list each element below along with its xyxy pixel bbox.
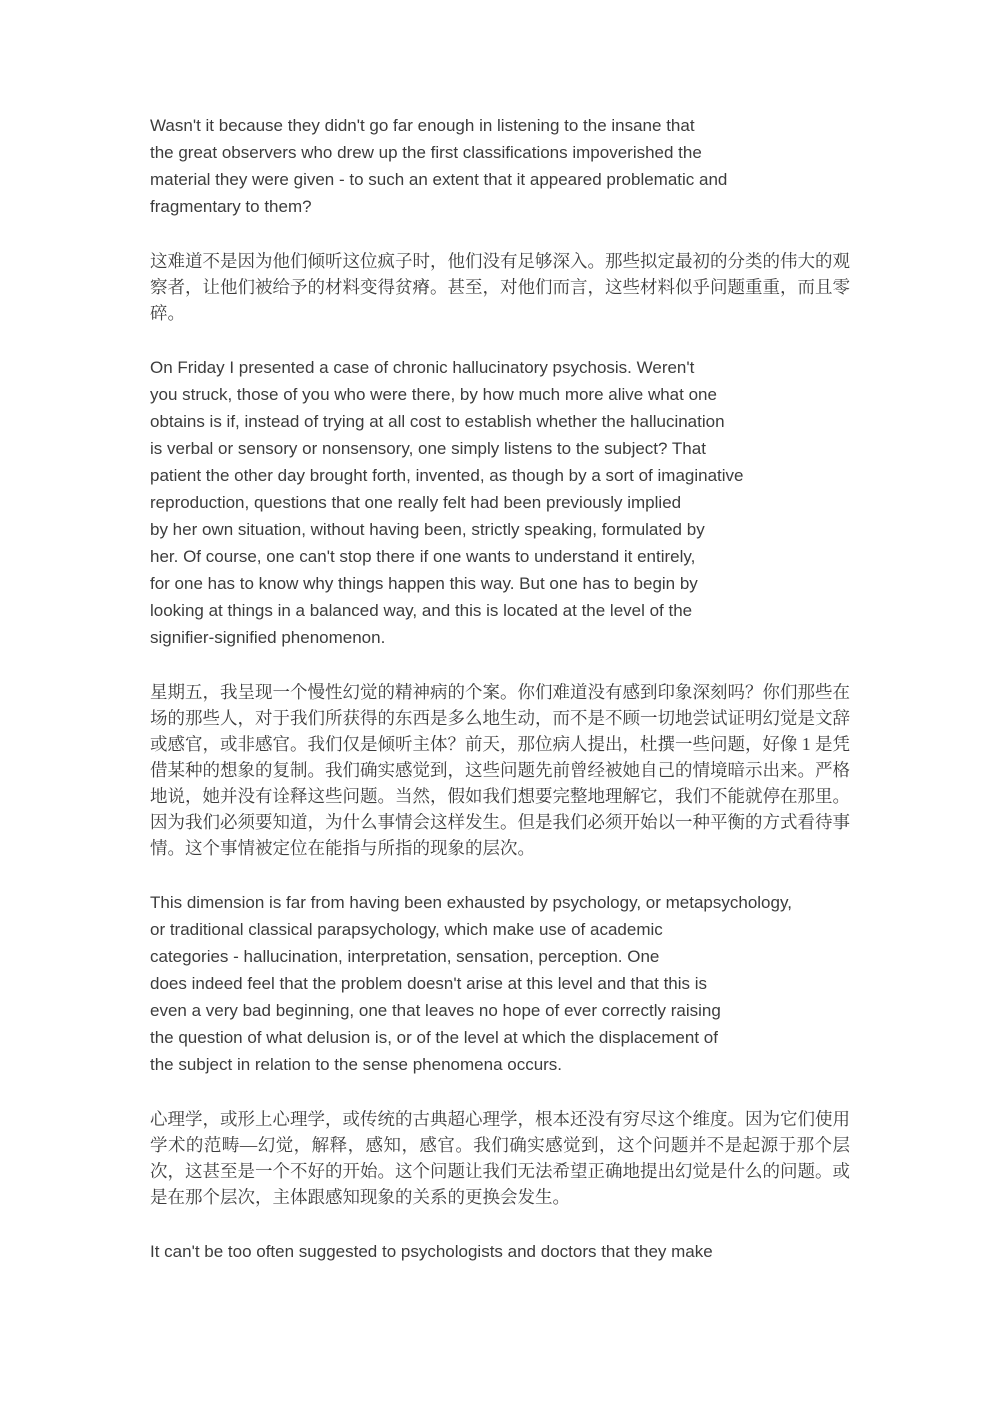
paragraph-english-2: On Friday I presented a case of chronic … xyxy=(150,354,850,651)
paragraph-english-3: This dimension is far from having been e… xyxy=(150,889,850,1078)
document-page: Wasn't it because they didn't go far eno… xyxy=(0,0,992,1403)
paragraph-chinese-2: 星期五，我呈现一个慢性幻觉的精神病的个案。你们难道没有感到印象深刻吗？你们那些在… xyxy=(150,679,850,861)
text-column: Wasn't it because they didn't go far eno… xyxy=(150,112,850,1293)
paragraph-english-1: Wasn't it because they didn't go far eno… xyxy=(150,112,850,220)
paragraph-english-4: It can't be too often suggested to psych… xyxy=(150,1238,850,1265)
paragraph-chinese-3: 心理学，或形上心理学，或传统的古典超心理学，根本还没有穷尽这个维度。因为它们使用… xyxy=(150,1106,850,1210)
paragraph-chinese-1: 这难道不是因为他们倾听这位疯子时，他们没有足够深入。那些拟定最初的分类的伟大的观… xyxy=(150,248,850,326)
